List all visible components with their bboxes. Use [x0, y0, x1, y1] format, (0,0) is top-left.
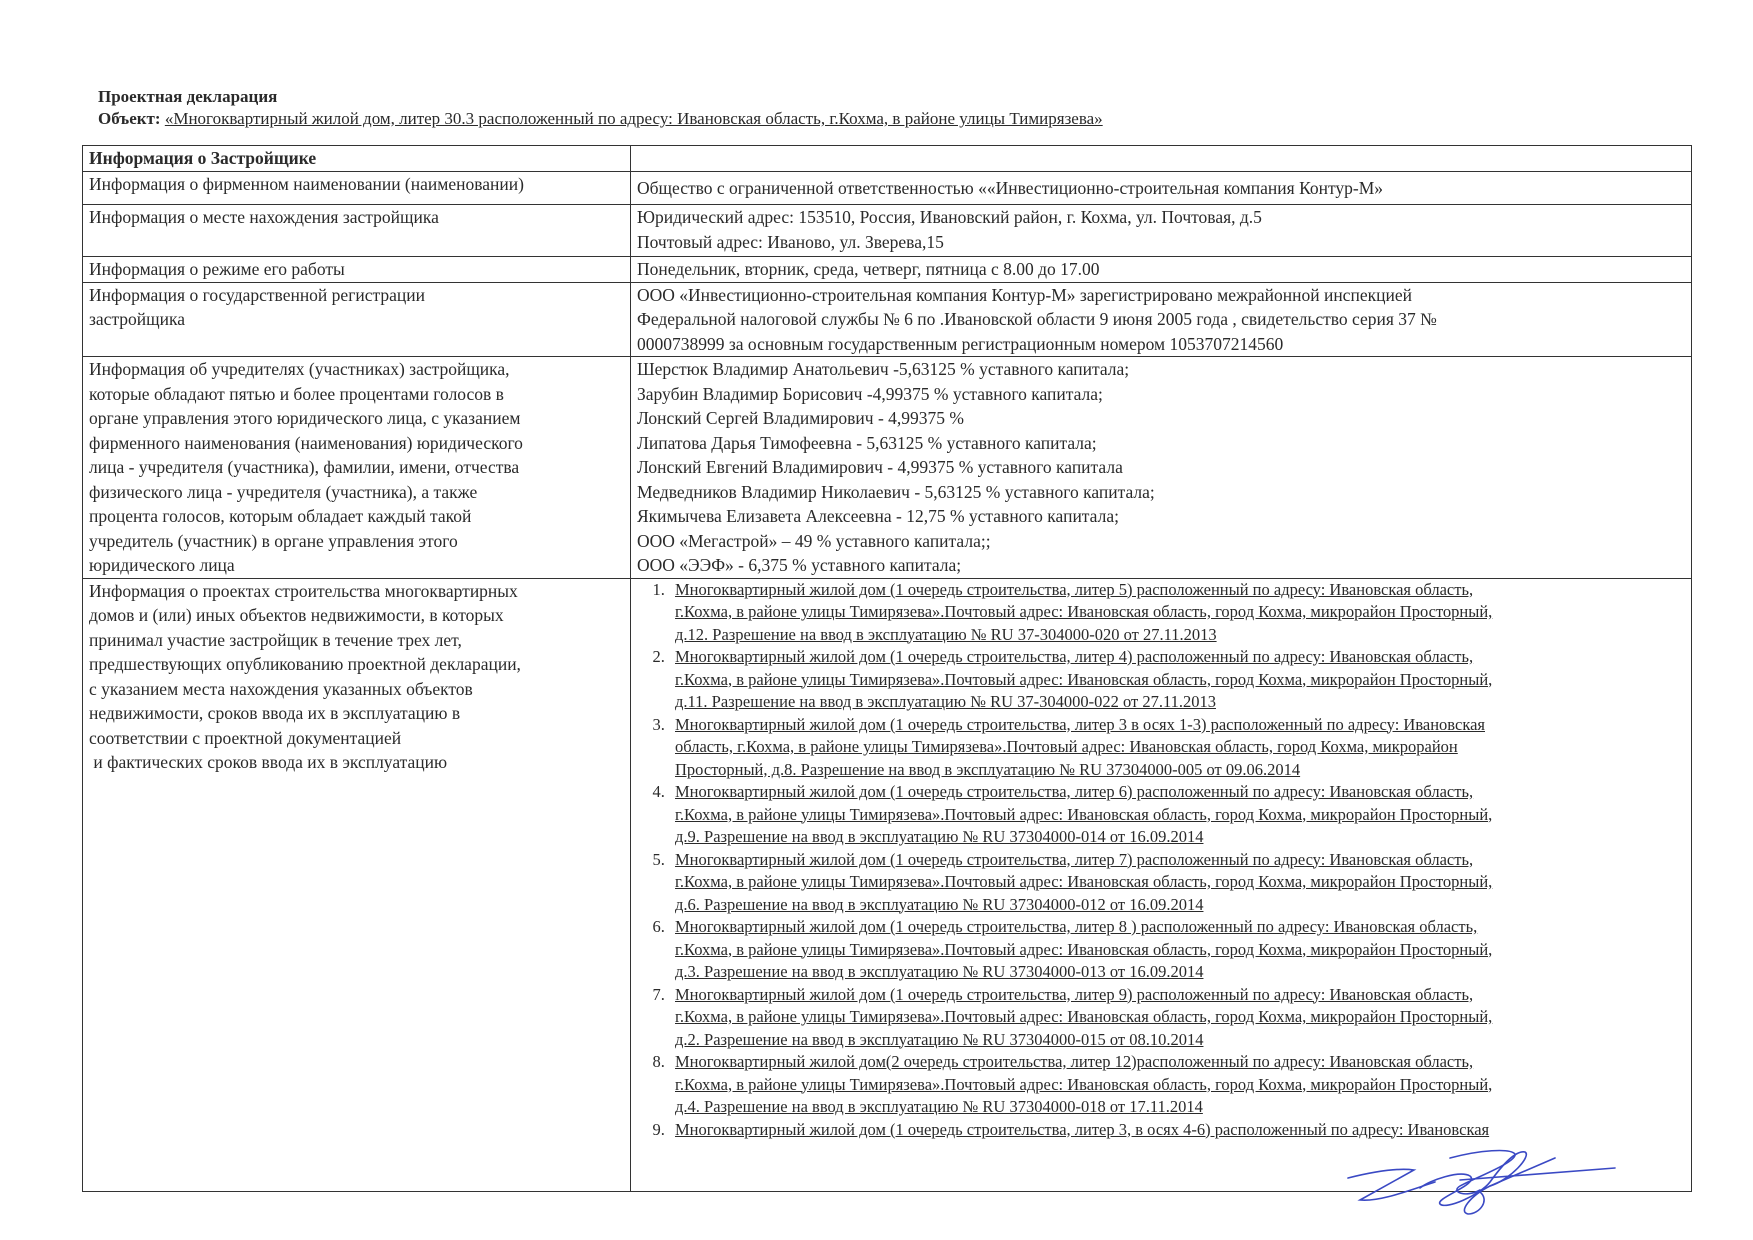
row-label: Информация об учредителях (участниках) з… — [89, 357, 624, 382]
row-label: процента голосов, которым обладает кажды… — [89, 504, 624, 529]
legal-address: Юридический адрес: 153510, Россия, Ивано… — [637, 205, 1685, 230]
founder-item: ООО «ЭЭФ» - 6,375 % уставного капитала; — [637, 553, 1685, 578]
founder-item: Медведников Владимир Николаевич - 5,6312… — [637, 480, 1685, 505]
project-item: Многоквартирный жилой дом (1 очередь стр… — [669, 984, 1685, 1052]
founder-item: Лонский Сергей Владимирович - 4,99375 % — [637, 406, 1685, 431]
founder-item: Лонский Евгений Владимирович - 4,99375 %… — [637, 455, 1685, 480]
table-row: Информация о государственной регистрации… — [83, 282, 1692, 357]
row-label: застройщика — [89, 307, 624, 332]
row-label: лица - учредителя (участника), фамилии, … — [89, 455, 624, 480]
row-label: с указанием места нахождения указанных о… — [89, 677, 624, 702]
row-label: Информация о месте нахождения застройщик… — [89, 205, 624, 230]
project-item: Многоквартирный жилой дом (1 очередь стр… — [669, 781, 1685, 849]
project-item: Многоквартирный жилой дом (1 очередь стр… — [669, 916, 1685, 984]
row-label: и фактических сроков ввода их в эксплуат… — [89, 750, 624, 775]
row-label: недвижимости, сроков ввода их в эксплуат… — [89, 701, 624, 726]
postal-address: Почтовый адрес: Иваново, ул. Зверева,15 — [637, 230, 1685, 255]
table-row: Информация об учредителях (участниках) з… — [83, 357, 1692, 579]
project-item: Многоквартирный жилой дом (1 очередь стр… — [669, 849, 1685, 917]
founder-item: ООО «Мегастрой» – 49 % уставного капитал… — [637, 529, 1685, 554]
row-label: Информация о государственной регистрации — [89, 283, 624, 308]
row-label: юридического лица — [89, 553, 624, 578]
row-label: физического лица - учредителя (участника… — [89, 480, 624, 505]
document-title: Проектная декларация — [98, 86, 1698, 108]
table-row: Информация о месте нахождения застройщик… — [83, 205, 1692, 257]
row-value: Общество с ограниченной ответственностью… — [637, 176, 1685, 201]
table-row: Информация о режиме его работы Понедельн… — [83, 257, 1692, 283]
row-label: принимал участие застройщик в течение тр… — [89, 628, 624, 653]
founders-list: Шерстюк Владимир Анатольевич -5,63125 % … — [631, 357, 1692, 579]
registration-text: ООО «Инвестиционно-строительная компания… — [637, 283, 1685, 308]
project-item: Многоквартирный жилой дом (1 очередь стр… — [669, 579, 1685, 647]
founder-item: Зарубин Владимир Борисович -4,99375 % ус… — [637, 382, 1685, 407]
section-title-empty — [631, 146, 1692, 172]
project-item: Многоквартирный жилой дом (1 очередь стр… — [669, 646, 1685, 714]
founder-item: Якимычева Елизавета Алексеевна - 12,75 %… — [637, 504, 1685, 529]
signature-icon — [1340, 1140, 1620, 1220]
object-line: Объект: «Многоквартирный жилой дом, лите… — [98, 108, 1698, 130]
row-label: учредитель (участник) в органе управлени… — [89, 529, 624, 554]
registration-text: 0000738999 за основным государственным р… — [637, 332, 1685, 357]
table-row-section: Информация о Застройщике — [83, 146, 1692, 172]
table-row: Информация о фирменном наименовании (наи… — [83, 171, 1692, 205]
table-row: Информация о проектах строительства мног… — [83, 578, 1692, 1191]
row-label: домов и (или) иных объектов недвижимости… — [89, 603, 624, 628]
row-label: предшествующих опубликованию проектной д… — [89, 652, 624, 677]
founder-item: Шерстюк Владимир Анатольевич -5,63125 % … — [637, 357, 1685, 382]
project-item: Многоквартирный жилой дом(2 очередь стро… — [669, 1051, 1685, 1119]
object-value: «Многоквартирный жилой дом, литер 30.3 р… — [165, 109, 1103, 128]
project-item: Многоквартирный жилой дом (1 очередь стр… — [669, 714, 1685, 782]
founder-item: Липатова Дарья Тимофеевна - 5,63125 % ус… — [637, 431, 1685, 456]
row-label: которые обладают пятью и более процентам… — [89, 382, 624, 407]
object-label: Объект: — [98, 109, 161, 128]
row-label: фирменного наименования (наименования) ю… — [89, 431, 624, 456]
section-title: Информация о Застройщике — [83, 146, 631, 172]
registration-text: Федеральной налоговой службы № 6 по .Ива… — [637, 307, 1685, 332]
row-label: Информация о фирменном наименовании (наи… — [89, 172, 624, 197]
row-label: Информация о режиме его работы — [89, 257, 624, 282]
projects-list: Многоквартирный жилой дом (1 очередь стр… — [637, 579, 1685, 1142]
work-hours: Понедельник, вторник, среда, четверг, пя… — [637, 257, 1685, 282]
row-label: Информация о проектах строительства мног… — [89, 579, 624, 604]
row-label: органе управления этого юридического лиц… — [89, 406, 624, 431]
row-label: соответствии с проектной документацией — [89, 726, 624, 751]
declaration-table: Информация о Застройщике Информация о фи… — [82, 145, 1692, 1192]
document-header: Проектная декларация Объект: «Многокварт… — [98, 86, 1698, 130]
project-item: Многоквартирный жилой дом (1 очередь стр… — [669, 1119, 1685, 1142]
